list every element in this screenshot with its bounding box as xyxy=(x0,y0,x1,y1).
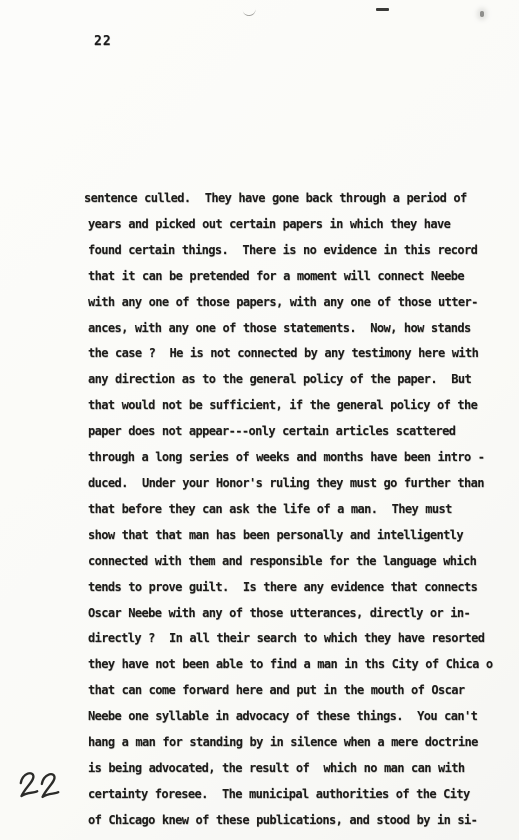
text-line: of Chicago knew of these publications, a… xyxy=(88,808,488,834)
text-line: that can come forward here and put in th… xyxy=(88,678,488,704)
text-line: tends to prove guilt. Is there any evide… xyxy=(88,575,488,601)
text-line: duced. Under your Honor's ruling they mu… xyxy=(88,471,488,497)
text-line: that it can be pretended for a moment wi… xyxy=(88,264,488,290)
text-line: Oscar Neebe with any of those utterances… xyxy=(88,601,488,627)
text-line: directly ? In all their search to which … xyxy=(88,626,488,652)
scan-artifact-curve xyxy=(242,7,256,17)
text-line: ances, with any one of those statements.… xyxy=(88,316,488,342)
text-line: is being advocated, the result of which … xyxy=(88,756,488,782)
handwritten-page-number xyxy=(15,765,69,810)
text-line: show that that man has been personally a… xyxy=(88,523,488,549)
text-line: paper does not appear---only certain art… xyxy=(88,419,488,445)
text-line: years and picked out certain papers in w… xyxy=(88,212,488,238)
text-line: any direction as to the general policy o… xyxy=(88,367,488,393)
text-line: found certain things. There is no eviden… xyxy=(88,238,488,264)
document-body-text: sentence culled. They have gone back thr… xyxy=(88,186,488,834)
typed-page-number: 22 xyxy=(94,34,112,49)
text-line: that before they can ask the life of a m… xyxy=(88,497,488,523)
text-line: the case ? He is not connected by any te… xyxy=(88,341,488,367)
text-line: certainty foresee. The municipal authori… xyxy=(88,782,488,808)
text-line: through a long series of weeks and month… xyxy=(88,445,488,471)
text-line: they have not been able to find a man in… xyxy=(88,652,488,678)
scan-artifact-dash xyxy=(376,8,389,11)
scan-artifact-dot xyxy=(480,11,484,17)
text-line: with any one of those papers, with any o… xyxy=(88,290,488,316)
text-line: Neebe one syllable in advocacy of these … xyxy=(88,704,488,730)
text-line: connected with them and responsible for … xyxy=(88,549,488,575)
text-line: hang a man for standing by in silence wh… xyxy=(88,730,488,756)
text-line: that would not be sufficient, if the gen… xyxy=(88,393,488,419)
text-line: sentence culled. They have gone back thr… xyxy=(84,186,488,212)
scanned-document-page: 22 sentence culled. They have gone back … xyxy=(0,0,519,840)
